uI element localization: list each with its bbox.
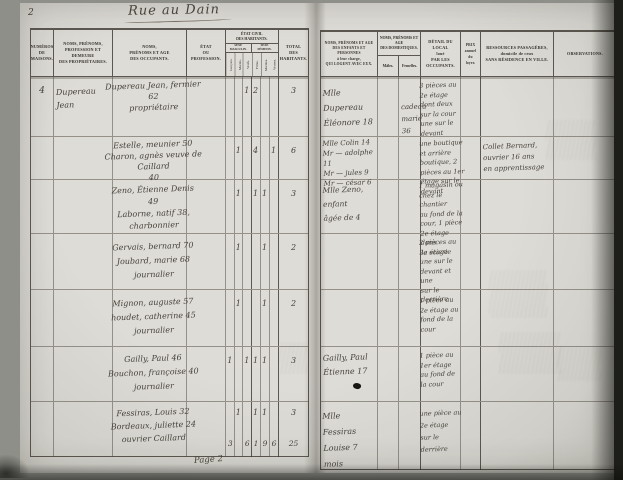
dwelling-detail: 1 pièce au 1er étage au fond de la cour: [417, 346, 466, 390]
count-fem: 2: [253, 77, 258, 95]
header-etat-civil-subcolumns: Garçons. Mariés. Veufs. Filles. Mariées.…: [226, 53, 278, 76]
scan-edge-bottom-shade: [0, 464, 623, 480]
table-row: 2 pièces au 3e étage une sur le devant e…: [321, 234, 615, 290]
bleed-through-mark: [546, 120, 596, 160]
header-occupants: NOMS, PRÉNOMS ET AGE DES OCCUPANTS.: [113, 30, 187, 76]
table-row: Gervais, bernard 70 Joubard, marie 68 jo…: [31, 234, 308, 290]
total-masc: 3: [226, 439, 235, 448]
count-masc: 1: [244, 347, 249, 365]
count-masc: 1: [244, 77, 249, 95]
total-count: 2: [291, 290, 296, 308]
street-title: Rue au Dain: [128, 2, 220, 19]
count-masc: 1: [236, 402, 241, 417]
total-count: 3: [291, 402, 296, 417]
children-entry: Mlle Fessiras Louise 7 mois: [320, 401, 378, 473]
right-page-table: NOMS, PRÉNOMS ET AGE DES ENFANTS ET PERS…: [320, 30, 616, 470]
table-row: Gailly, Paul 46 Bouchon, françoise 40 jo…: [31, 347, 308, 402]
header-proprietaires: NOMS, PRÉNOMS, PROFESSION ET DEMEURE DES…: [54, 30, 113, 76]
count-fem: 1: [253, 402, 258, 417]
total-fem: 1: [252, 439, 261, 448]
column-totals-row: 3 6 1 9 6 25: [226, 439, 309, 448]
table-row: Zeno, Étienne Denis 49 Laborne, natif 38…: [31, 180, 308, 234]
count-fem: 1: [262, 180, 267, 198]
count-masc: 1: [227, 347, 232, 365]
subheader-mariees: Mariées.: [261, 53, 270, 76]
table-row: 1 pièce au 2e étage au fond de la cour: [321, 290, 615, 347]
header-sexe-feminin: SEXE FÉMININ.: [252, 44, 278, 52]
dwelling-detail: 3 pièces au 2e étage dont deux sur la co…: [417, 76, 467, 139]
bleed-through-mark: [499, 332, 561, 374]
header-femelles: Femelles.: [399, 56, 420, 76]
count-masc: 1: [236, 234, 241, 252]
total-masc: 6: [243, 439, 252, 448]
ressources-entry: Collet Bernard, ouvrier 16 ans en appren…: [480, 136, 553, 175]
header-etat-civil-group: ÉTAT CIVIL DES HABITANTS. SEXE MASCULIN.…: [226, 30, 279, 76]
dwelling-detail: 1 pièce au 2e étage au fond de la cour: [417, 289, 466, 335]
count-fem: 1: [271, 137, 276, 155]
header-prix-loyer: PRIX annuel du loyer.: [461, 32, 481, 76]
count-fem: 1: [262, 290, 267, 308]
header-sexe-masculin: SEXE MASCULIN.: [226, 44, 252, 52]
total-count: 3: [291, 77, 296, 95]
header-domestiques: NOMS, PRÉNOMS ET AGE DES DOMESTIQUES.: [378, 32, 420, 56]
count-masc: 1: [236, 180, 241, 198]
children-entry: Mlle Zeno, enfant âgée de 4: [320, 179, 378, 226]
subheader-veuves: Veuves.: [270, 53, 279, 76]
table-row: Estelle, meunier 50 Charon, agnès veuve …: [31, 137, 308, 180]
children-entry: Mlle Dupereau Éléonore 18: [320, 76, 378, 131]
house-number: 4: [31, 77, 53, 96]
right-header-row: NOMS, PRÉNOMS ET AGE DES ENFANTS ET PERS…: [321, 32, 615, 77]
count-fem: 4: [253, 137, 258, 155]
subheader-filles: Filles.: [252, 53, 261, 76]
scan-edge-right-black: [614, 0, 623, 480]
table-row: 4 Dupereau Jean Dupereau Jean, fermier 6…: [31, 77, 308, 137]
header-domestiques-group: NOMS, PRÉNOMS ET AGE DES DOMESTIQUES. Mâ…: [378, 32, 421, 76]
count-fem: 1: [262, 234, 267, 252]
count-masc: 1: [236, 290, 241, 308]
total-count: 2: [291, 234, 296, 252]
header-enfants-parents: NOMS, PRÉNOMS ET AGE DES ENFANTS ET PERS…: [321, 32, 378, 76]
total-count: 3: [291, 180, 296, 198]
header-males: Mâles.: [378, 56, 399, 76]
scan-corner-blotch: [0, 454, 30, 478]
header-ressources: RESSOURCES PASSAGÈRES, domicile de ceux …: [481, 32, 554, 76]
header-domestiques-subrow: Mâles. Femelles.: [378, 56, 420, 76]
header-etat-profession: ÉTAT OU PROFESSION.: [187, 30, 226, 76]
header-etat-civil: ÉTAT CIVIL DES HABITANTS.: [226, 30, 278, 44]
count-fem: 1: [262, 402, 267, 417]
table-row: Mignon, auguste 57 houdet, catherine 45 …: [31, 290, 308, 347]
count-fem: 1: [253, 180, 258, 198]
count-masc: 1: [236, 137, 241, 155]
corner-page-number: 2: [28, 8, 34, 18]
table-row: Fessiras, Louis 32 Bordeaux, juliette 24…: [31, 402, 308, 457]
left-page-table: NUMÉROS DE MAISONS. NOMS, PRÉNOMS, PROFE…: [30, 28, 309, 457]
table-row: Mlle Zeno, enfant âgée de 4 1 magasin ou…: [321, 180, 615, 234]
count-fem: 1: [262, 347, 267, 365]
header-numeros-maisons: NUMÉROS DE MAISONS.: [31, 30, 54, 76]
subheader-veufs: Veufs.: [243, 53, 252, 76]
scan-edge-right-shade: [591, 0, 615, 480]
subheader-garcons: Garçons.: [226, 53, 235, 76]
bleed-through-mark: [489, 270, 547, 318]
total-fem: 9: [261, 439, 270, 448]
header-sexe-row: SEXE MASCULIN. SEXE FÉMININ.: [226, 44, 278, 53]
dwelling-detail: une pièce au 2e étage sur le derrière: [417, 401, 466, 456]
left-header-row: NUMÉROS DE MAISONS. NOMS, PRÉNOMS, PROFE…: [31, 30, 308, 77]
count-fem: 1: [253, 347, 258, 365]
header-detail-local: DÉTAIL DU LOCAL loué PAR LES OCCUPANTS.: [421, 32, 461, 76]
children-entry: Gailly, Paul Étienne 17: [320, 346, 377, 380]
ink-blot: [352, 382, 361, 390]
total-fem: 6: [270, 439, 279, 448]
bleed-through-mark: [279, 342, 307, 374]
table-row: Mlle Fessiras Louise 7 mois une pièce au…: [321, 402, 615, 470]
total-count: 6: [291, 137, 296, 155]
subheader-maries: Mariés.: [235, 53, 244, 76]
page-fold-gutter: [304, 3, 326, 473]
total-masc: [235, 439, 244, 448]
